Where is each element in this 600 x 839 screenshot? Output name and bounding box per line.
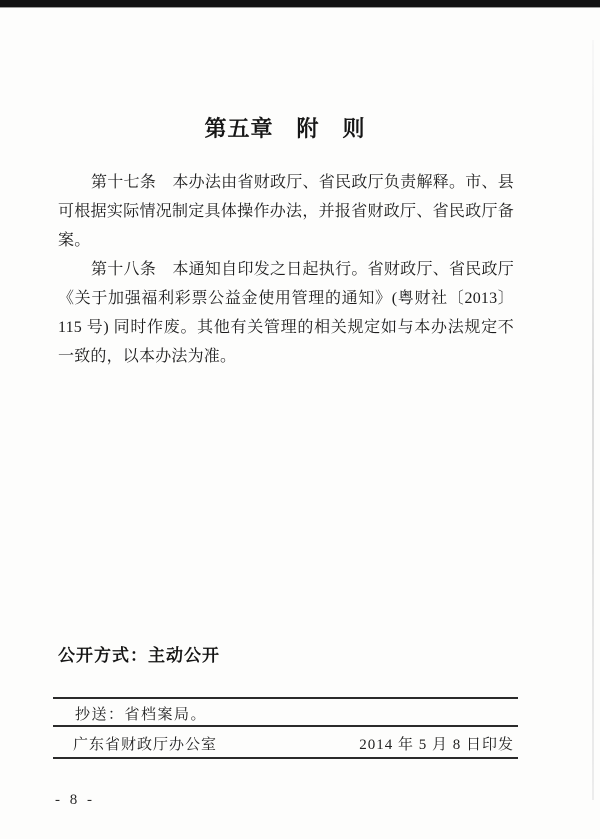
page-number: - 8 - <box>55 792 95 809</box>
body-line: 一致的，以本办法为准。 <box>58 342 514 371</box>
footer-divider-middle <box>53 725 518 727</box>
disclosure-method-line: 公开方式：主动公开 <box>58 641 220 666</box>
body-text-block: 第十七条 本办法由省财政厅、省民政厅负责解释。市、县 可根据实际情况制定具体操作… <box>58 168 514 371</box>
body-line: 可根据实际情况制定具体操作办法，并报省财政厅、省民政厅备 <box>58 197 514 226</box>
footer-cc-line: 抄送：省档案局。 <box>53 703 518 724</box>
body-line: 115 号) 同时作废。其他有关管理的相关规定如与本办法规定不 <box>58 313 514 342</box>
scan-right-streak-artifact <box>592 40 594 800</box>
issuing-office: 广东省财政厅办公室 <box>73 733 217 754</box>
scan-top-edge-artifact <box>0 0 600 7</box>
body-line: 《关于加强福利彩票公益金使用管理的通知》(粤财社〔2013〕 <box>58 284 514 313</box>
scanned-document-page: 第五章 附 则 第十七条 本办法由省财政厅、省民政厅负责解释。市、县 可根据实际… <box>0 0 600 839</box>
footer-issue-row: 广东省财政厅办公室 2014 年 5 月 8 日印发 <box>53 733 518 754</box>
body-line: 第十八条 本通知自印发之日起执行。省财政厅、省民政厅 <box>58 255 514 284</box>
footer-divider-top <box>53 697 518 699</box>
chapter-title: 第五章 附 则 <box>55 112 515 143</box>
body-line: 第十七条 本办法由省财政厅、省民政厅负责解释。市、县 <box>58 168 514 197</box>
footer-divider-bottom <box>53 757 518 759</box>
print-date: 2014 年 5 月 8 日印发 <box>359 733 514 754</box>
body-line: 案。 <box>58 226 514 255</box>
